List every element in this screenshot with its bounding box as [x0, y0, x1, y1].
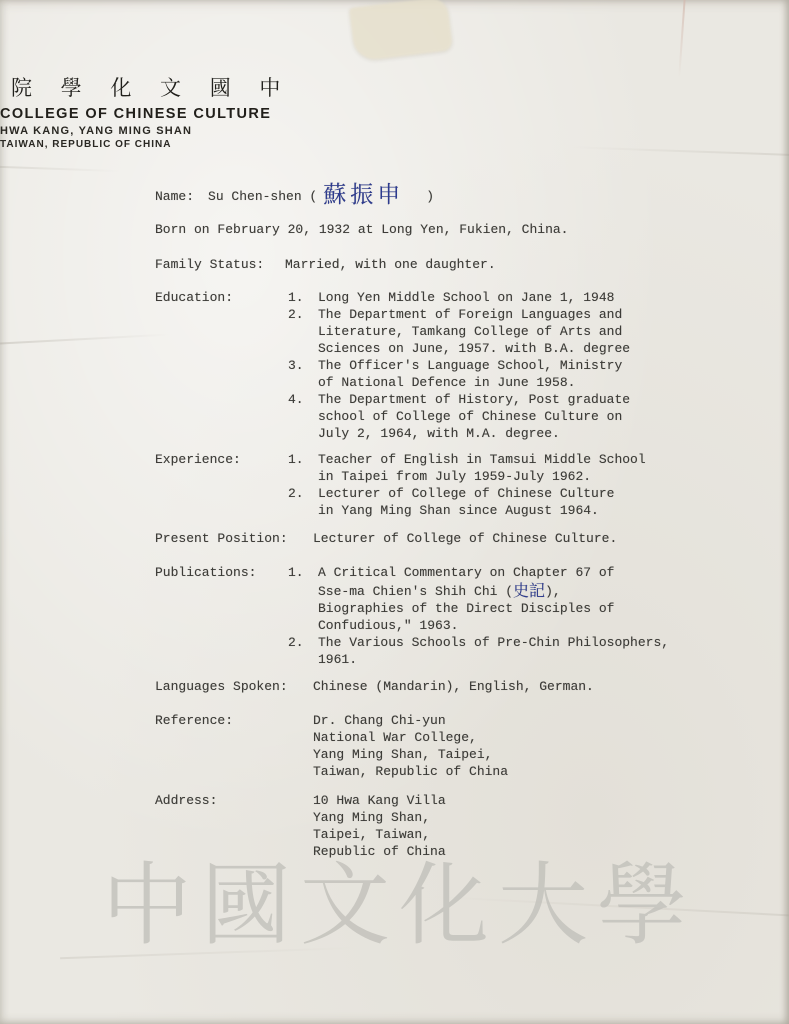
- reference-line: Yang Ming Shan, Taipei,: [313, 746, 715, 763]
- education-item-line: of National Defence in June 1958.: [288, 374, 715, 391]
- experience-section: Experience: 1.Teacher of English in Tams…: [155, 451, 715, 519]
- university-watermark: 中國文化大學: [0, 856, 789, 956]
- education-item-line: Literature, Tamkang College of Arts and: [288, 323, 715, 340]
- education-item-line: 2.The Department of Foreign Languages an…: [288, 306, 715, 323]
- address-label: Address:: [155, 792, 217, 809]
- reference-label: Reference:: [155, 712, 233, 729]
- reference-line: National War College,: [313, 729, 715, 746]
- publication-item-line: 1.A Critical Commentary on Chapter 67 of: [288, 564, 715, 581]
- languages-value: Chinese (Mandarin), English, German.: [313, 678, 715, 695]
- publication-item-line: 1961.: [288, 651, 715, 668]
- education-item-line: 3.The Officer's Language School, Ministr…: [288, 357, 715, 374]
- experience-item-line: in Yang Ming Shan since August 1964.: [288, 502, 715, 519]
- scanned-resume-page: 院 學 化 文 國 中 COLLEGE OF CHINESE CULTURE H…: [0, 0, 789, 1024]
- education-item-line: 1.Long Yen Middle School on Jane 1, 1948: [288, 289, 715, 306]
- crease-line: [0, 166, 120, 172]
- name-chinese-handwriting: 蘇振申: [323, 182, 404, 208]
- present-position-value: Lecturer of College of Chinese Culture.: [313, 530, 715, 547]
- tape-mark: [349, 0, 453, 62]
- education-label: Education:: [155, 289, 233, 306]
- experience-item-line: 1.Teacher of English in Tamsui Middle Sc…: [288, 451, 715, 468]
- publication-item-line: Sse-ma Chien's Shih Chi (史記),: [288, 581, 715, 600]
- name-close-paren: ): [426, 189, 434, 204]
- address-line: 10 Hwa Kang Villa: [313, 792, 715, 809]
- education-item-line: July 2, 1964, with M.A. degree.: [288, 425, 715, 442]
- shih-chi-chinese-handwriting: 史記: [513, 581, 545, 600]
- family-status-value: Married, with one daughter.: [285, 256, 496, 273]
- languages-section: Languages Spoken: Chinese (Mandarin), En…: [155, 678, 715, 695]
- letterhead-chinese-title: 院 學 化 文 國 中: [0, 80, 789, 97]
- education-item-line: 4.The Department of History, Post gradua…: [288, 391, 715, 408]
- address-line: Yang Ming Shan,: [313, 809, 715, 826]
- publication-item-line: Biographies of the Direct Disciples of: [288, 600, 715, 617]
- reference-line: Taiwan, Republic of China: [313, 763, 715, 780]
- letterhead-address-line2: TAIWAN, REPUBLIC OF CHINA: [0, 136, 789, 153]
- education-item-line: Sciences on June, 1957. with B.A. degree: [288, 340, 715, 357]
- family-status-section: Family Status: Married, with one daughte…: [155, 256, 715, 273]
- experience-item-line: 2.Lecturer of College of Chinese Culture: [288, 485, 715, 502]
- publication-item-line: Confudious," 1963.: [288, 617, 715, 634]
- education-section: Education: 1.Long Yen Middle School on J…: [155, 289, 715, 442]
- experience-label: Experience:: [155, 451, 241, 468]
- name-label: Name:: [155, 189, 194, 204]
- experience-item-line: in Taipei from July 1959-July 1962.: [288, 468, 715, 485]
- crease-line: [0, 334, 170, 345]
- vertical-crease: [678, 0, 686, 78]
- present-position-section: Present Position: Lecturer of College of…: [155, 530, 715, 547]
- publications-label: Publications:: [155, 564, 256, 581]
- publications-section: Publications: 1.A Critical Commentary on…: [155, 564, 715, 668]
- languages-label: Languages Spoken:: [155, 678, 288, 695]
- letterhead-college-name: COLLEGE OF CHINESE CULTURE: [0, 106, 789, 123]
- family-status-label: Family Status:: [155, 256, 264, 273]
- education-item-line: school of College of Chinese Culture on: [288, 408, 715, 425]
- address-section: Address: 10 Hwa Kang Villa Yang Ming Sha…: [155, 792, 715, 860]
- address-line: Taipei, Taiwan,: [313, 826, 715, 843]
- present-position-label: Present Position:: [155, 530, 288, 547]
- reference-line: Dr. Chang Chi-yun: [313, 712, 715, 729]
- name-line: Name:Su Chen-shen (蘇振申): [155, 185, 715, 205]
- name-value: Su Chen-shen (: [208, 189, 317, 204]
- publication-item-line: 2.The Various Schools of Pre-Chin Philos…: [288, 634, 715, 651]
- reference-section: Reference: Dr. Chang Chi-yun National Wa…: [155, 712, 715, 780]
- born-line: Born on February 20, 1932 at Long Yen, F…: [155, 221, 715, 238]
